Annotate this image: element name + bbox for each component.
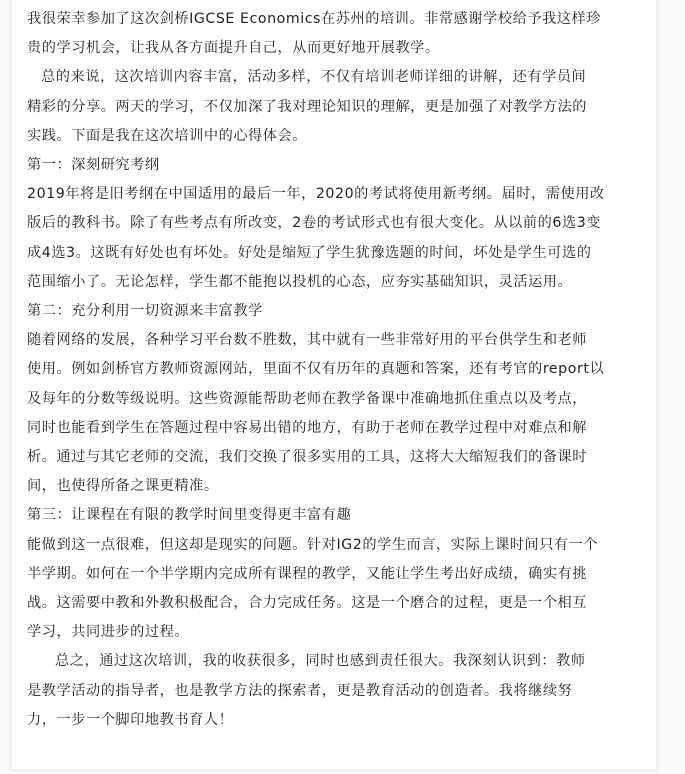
section-2-line: 随着网络的发展，各种学习平台数不胜数，其中就有一些非常好用的平台供学生和老师 [27,326,497,355]
section-1-line: 2019年将是旧考纲在中国适用的最后一年，2020的考试将使用新考纲。届时，需使… [27,180,497,209]
conclusion-line: 是教学活动的指导者，也是教学方法的探索者，更是教育活动的创造者。我将继续努 [27,677,497,706]
section-1-line: 成4选3。这既有好处也有坏处。好处是缩短了学生犹豫选题的时间，坏处是学生可选的 [27,239,497,268]
section-2-line: 及每年的分数等级说明。这些资源能帮助老师在教学备课中准确地抓住重点以及考点， [27,385,497,414]
article-body: 我很荣幸参加了这次剑桥IGCSE Economics在苏州的培训。非常感谢学校给… [27,5,497,735]
section-3-line: 能做到这一点很难，但这却是现实的问题。针对IG2的学生而言，实际上课时间只有一个 [27,531,497,560]
section-2-line: 间，也使得所备之课更精准。 [27,472,497,501]
section-3-line: 半学期。如何在一个半学期内完成所有课程的教学，又能让学生考出好成绩，确实有挑 [27,560,497,589]
section-3-line: 学习，共同进步的过程。 [27,618,497,647]
section-3-line: 战。这需要中教和外教积极配合，合力完成任务。这是一个磨合的过程，更是一个相互 [27,589,497,618]
paragraph-intro-line: 我很荣幸参加了这次剑桥IGCSE Economics在苏州的培训。非常感谢学校给… [27,5,497,34]
paragraph-intro-line: 贵的学习机会，让我从各方面提升自己，从而更好地开展教学。 [27,34,497,63]
section-1-line: 范围缩小了。无论怎样，学生都不能抱以投机的心态，应夯实基础知识，灵活运用。 [27,268,497,297]
paragraph-overview-line: 总的来说，这次培训内容丰富，活动多样，不仅有培训老师详细的讲解，还有学员间 [27,63,497,92]
conclusion-line: 总之，通过这次培训，我的收获很多，同时也感到责任很大。我深刻认识到：教师 [27,647,497,676]
paragraph-overview-line: 精彩的分享。两天的学习，不仅加深了我对理论知识的理解，更是加强了对教学方法的 [27,93,497,122]
section-1-line: 版后的教科书。除了有些考点有所改变，2卷的考试形式也有很大变化。从以前的6选3变 [27,209,497,238]
section-2-line: 同时也能看到学生在答题过程中容易出错的地方，有助于老师在教学过程中对难点和解 [27,414,497,443]
conclusion-line: 力，一步一个脚印地教书育人！ [27,706,497,735]
article-card: 我很荣幸参加了这次剑桥IGCSE Economics在苏州的培训。非常感谢学校给… [11,0,657,770]
section-heading-2: 第二：充分利用一切资源来丰富教学 [27,297,497,326]
section-heading-1: 第一：深刻研究考纲 [27,151,497,180]
paragraph-overview-line: 实践。下面是我在这次培训中的心得体会。 [27,122,497,151]
section-2-line: 使用。例如剑桥官方教师资源网站，里面不仅有历年的真题和答案，还有考官的repor… [27,355,497,384]
section-2-line: 析。通过与其它老师的交流，我们交换了很多实用的工具，这将大大缩短我们的备课时 [27,443,497,472]
section-heading-3: 第三：让课程在有限的教学时间里变得更丰富有趣 [27,501,497,530]
